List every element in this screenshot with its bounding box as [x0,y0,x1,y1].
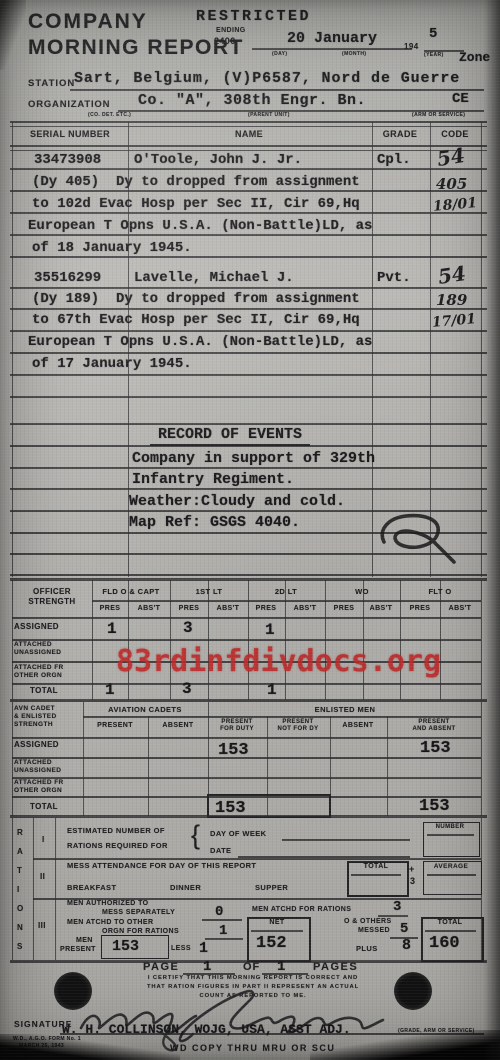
mess-attendance-label: MESS ATTENDANCE FOR DAY OF THIS REPORT [67,861,256,870]
fill-rule [351,874,401,876]
rule-line [10,168,487,170]
enlisted-strength-label: AVN CADET & ENLISTED STRENGTH [14,705,57,729]
report-date: 20 January [287,30,377,47]
grid-line [33,818,34,960]
officer-col-group: FLT O [428,587,451,596]
organization-label: ORGANIZATION [28,99,110,110]
col-header-serial: SERIAL NUMBER [30,129,110,139]
entry-serial: 35516299 [34,270,101,286]
grid-line [12,639,481,641]
rations-grand-total-value: 160 [429,934,460,953]
officer-col-group: WO [355,587,369,596]
abst-header: ABS'T [294,605,317,612]
rule-line [10,423,487,425]
of-label: OF [243,961,260,973]
dinner-label: DINNER [170,883,201,892]
col-present-not-for-duty: PRESENT NOT FOR DY [278,719,319,733]
officer-col-group: FLD O & CAPT [102,587,159,596]
row-label-total: TOTAL [30,686,58,695]
entry-remark-line: of 18 January 1945. [32,240,192,256]
zone-note: Zone [459,50,490,65]
grade-arm-sublabel: (GRADE, ARM OR SERVICE) [398,1028,475,1034]
part-iii-numeral: III [38,921,46,930]
scan-edge-shadow [0,0,26,70]
station-value: Sart, Belgium, (V)P6587, Nord de Guerre [74,70,460,87]
grid-line [12,777,481,779]
abst-header: ABS'T [370,605,393,612]
date-rule [252,48,412,50]
rule-line [10,212,487,214]
grid-line [12,818,13,960]
rule-line [10,374,487,376]
form-number: W.D., A.G.O. FORM No. 1 [13,1036,81,1042]
pres-header: PRES [334,605,355,612]
men-authorized-label: MEN AUTHORIZED TO [67,900,148,907]
table-border [10,145,487,147]
grid-line [55,818,56,960]
table-border [10,121,487,123]
net-value: 152 [256,934,287,953]
enlisted-assigned-duty: 153 [218,741,249,760]
officer-total-fld-pres: 1 [105,681,115,699]
events-line: Weather:Cloudy and cold. [129,493,345,510]
supper-label: SUPPER [255,883,288,892]
scan-edge-shadow [484,0,500,1060]
ending-label: ENDING [216,27,246,34]
row-label-assigned: ASSIGNED [14,622,59,631]
page-label: PAGE [143,961,179,973]
fill-rule [427,874,476,876]
entry-name: O'Toole, John J. Jr. [134,152,302,168]
rations-required-label-1: ESTIMATED NUMBER OF [67,826,165,835]
col-absent: ABSENT [342,722,373,729]
grid-line [83,716,481,718]
entry-grade: Cpl. [377,152,411,168]
initials-scrawl [370,508,462,566]
orgn-for-rations-value: 1 [219,923,227,939]
col-header-grade: GRADE [383,129,418,139]
officer-col-group: 1ST LT [196,587,223,596]
station-label: STATION [28,78,75,89]
plus-value: 8 [402,937,411,954]
rule-line [10,352,487,354]
entry-remark-line: (Dy 405) Dy to dropped from assignment [32,174,360,190]
fill-rule [251,930,303,932]
fill-rule [427,834,474,836]
fill-rule [282,839,410,841]
abst-header: ABS'T [138,605,161,612]
arm-service-sublabel: (ARM OR SERVICE) [412,112,465,118]
enlisted-total-duty: 153 [215,799,246,818]
grid-line [148,716,149,816]
day-label: (DAY) [272,51,287,57]
men-atchd-rations-label: MEN ATCHD FOR RATIONS [252,906,351,913]
officer-assigned-1lt-pres: 3 [183,619,193,637]
less-label: LESS [171,945,191,952]
arm-service-value: CE [452,91,469,107]
organization-value: Co. "A", 308th Engr. Bn. [138,92,366,109]
entry-remark-line: (Dy 189) Dy to dropped from assignment [32,291,360,307]
part-ii-numeral: II [40,872,45,881]
pres-header: PRES [100,605,121,612]
grid-line [387,716,388,816]
wd-copy-note: WD COPY THRU MRU OR SCU [170,1043,335,1053]
morning-report-scan: COMPANY MORNING REPORT RESTRICTED ENDING… [0,0,500,1060]
col-present: PRESENT [97,722,133,729]
fill-rule [238,856,410,858]
grid-line [10,699,487,702]
mess-separately-value: 0 [215,904,223,920]
row-label-attached-unassigned: ATTACHED UNASSIGNED [14,759,61,775]
enlisted-men-header: ENLISTED MEN [315,705,376,714]
messed-label: MESSED [358,927,390,934]
average-box-label: AVERAGE [434,863,468,870]
less-value: 1 [199,940,208,957]
officer-col-group: 2D LT [275,587,297,596]
punch-hole [394,972,432,1010]
station-rule [70,89,484,91]
number-box-label: NUMBER [436,824,465,830]
section-divider [10,574,487,576]
rule-line [10,234,487,236]
ending-time: 2400 [214,36,236,46]
events-line: Infantry Regiment. [132,471,294,488]
breakfast-label: BREAKFAST [67,883,116,892]
year-printed: 194 [404,42,419,51]
certify-line: I CERTIFY THAT THIS MORNING REPORT IS CO… [148,975,358,981]
form-date: MARCH 25, 1943 [19,1043,64,1049]
col-present-and-absent: PRESENT AND ABSENT [412,719,455,733]
parent-unit-sublabel: (PARENT UNIT) [248,112,290,118]
officer-total-2lt-pres: 1 [267,681,277,699]
orgn-for-rations-label: ORGN FOR RATIONS [102,928,179,935]
col-present-for-duty: PRESENT FOR DUTY [220,719,254,733]
entry-remark-line: European T Opns U.S.A. (Non-Battle)LD, a… [28,218,372,234]
entry-remark-line: to 67th Evac Hosp per Sec II, Cir 69,Hq [32,312,360,328]
entry-name: Lavelle, Michael J. [134,270,294,286]
day-of-week-label: DAY OF WEEK [210,829,267,838]
entry-code-handwritten: 54 [435,143,466,171]
rule-line [10,256,487,258]
present-label: PRESENT [60,946,96,953]
grid-line [33,858,481,860]
row-label-total: TOTAL [30,802,58,811]
divide-by-three: 3 [410,876,415,886]
rations-total-label: TOTAL [438,919,463,926]
enlisted-total-presabs: 153 [419,797,450,816]
entry-code-handwritten: 189 [436,291,467,309]
entry-code-handwritten: 54 [436,261,467,289]
rule-line [10,190,487,192]
rations-vertical-label: R A T I O N S [17,823,24,956]
grid-line [481,702,482,816]
row-label-assigned: ASSIGNED [14,740,59,749]
row-label-attached-unassigned: ATTACHED UNASSIGNED [14,641,61,657]
entry-serial: 33473908 [34,152,101,168]
col-header-name: NAME [235,129,263,139]
fill-rule [378,915,408,917]
table-border [10,126,487,128]
rule-line [10,467,487,469]
brace-glyph: { [191,820,200,851]
grid-line [12,683,481,685]
pres-header: PRES [256,605,277,612]
col-absent: ABSENT [162,722,193,729]
rule-line [10,488,487,490]
plus-label: PLUS [356,944,378,953]
entry-code-handwritten: 405 [436,175,467,193]
record-of-events-title: RECORD OF EVENTS [150,426,310,446]
archive-watermark: 83rdinfdivdocs.org [116,644,441,679]
officer-strength-label: OFFICER STRENGTH [28,587,75,607]
rule-line [10,308,487,310]
pres-header: PRES [410,605,431,612]
row-label-attached-fr: ATTACHED FR OTHER ORGN [14,664,64,680]
part-i-numeral: I [42,835,45,844]
officer-total-1lt-pres: 3 [182,680,192,698]
men-atchd-other-label: MEN ATCHD TO OTHER [67,919,153,926]
row-label-attached-fr: ATTACHED FR OTHER ORGN [14,779,64,795]
fill-rule [425,930,476,932]
officer-assigned-2lt-pres: 1 [265,621,275,639]
grid-line [12,617,481,619]
officer-assigned-fld-pres: 1 [107,620,117,638]
abst-header: ABS'T [449,605,472,612]
mess-separately-label: MESS SEPARATELY [102,909,175,916]
signer-typed-name: W. H. COLLINSON, WOJG, USA, ASST ADJ. [62,1022,351,1037]
entry-remark-line: of 17 January 1945. [32,356,192,372]
net-box-label: NET [269,919,284,926]
col-header-code: CODE [441,129,469,139]
table-border [10,150,487,152]
mess-total-label: TOTAL [364,863,389,870]
pres-header: PRES [179,605,200,612]
classification-stamp: RESTRICTED [196,8,311,25]
rations-required-label-2: RATIONS REQUIRED FOR [67,841,168,850]
enlisted-assigned-presabs: 153 [420,739,451,758]
entry-grade: Pvt. [377,270,411,286]
men-present-value: 153 [112,938,139,955]
entry-remark-line: European T Opns U.S.A. (Non-Battle)LD, a… [28,334,372,350]
year-typed: 5 [429,26,437,42]
grid-line [83,702,84,816]
messed-value: 5 [400,921,408,937]
entry-remark-line: to 102d Evac Hosp per Sec II, Cir 69,Hq [32,196,360,212]
grid-line [12,737,481,739]
o-and-others-label: O & OTHERS [344,918,392,925]
rule-line [10,396,487,398]
pages-label: PAGES [313,961,358,973]
grid-line [481,580,482,700]
divide-sign: + [409,864,415,874]
men-atchd-rations-value: 3 [393,899,401,915]
rule-line [10,287,487,289]
form-title-line2: MORNING REPORT [28,36,244,60]
form-title-line1: COMPANY [28,10,148,34]
signature-handwriting [75,988,387,1050]
events-line: Map Ref: GSGS 4040. [129,514,300,531]
date-field-label: DATE [210,846,231,855]
rule-line [10,330,487,332]
co-det-sublabel: (CO. DET. ETC.) [88,112,131,118]
events-line: Company in support of 329th [132,450,375,467]
year-label: (YEAR) [424,52,444,58]
men-label: MEN [76,937,93,944]
month-label: (MONTH) [342,51,366,57]
grid-line [92,600,481,602]
aviation-cadets-header: AVIATION CADETS [108,705,182,714]
entry-code-handwritten: 17/01 [431,311,476,331]
abst-header: ABS'T [217,605,240,612]
